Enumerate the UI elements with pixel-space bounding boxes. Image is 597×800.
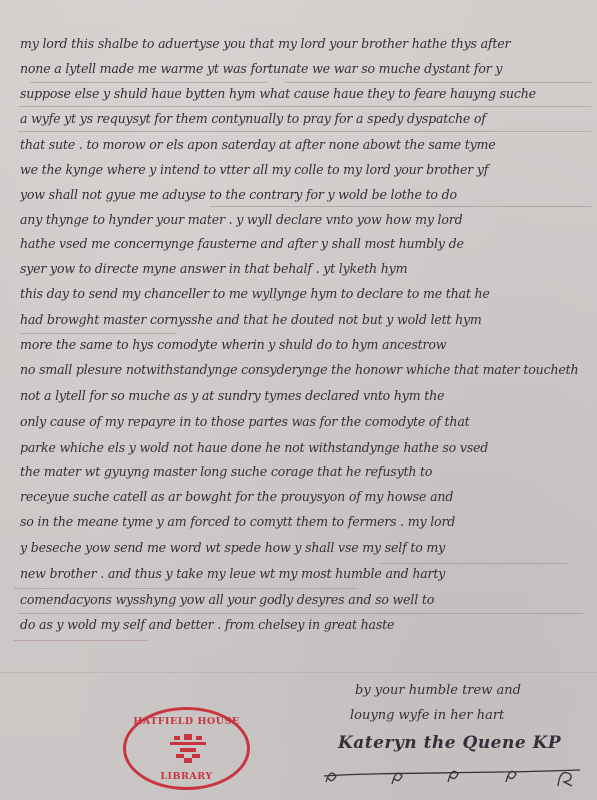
letter-line: do as y wold my self and better . from c… [20,617,587,632]
letter-line: none a lytell made me warme yt was fortu… [20,61,587,76]
letter-line: had browght master cornysshe and that he… [20,312,587,327]
manuscript-page: my lord this shalbe to aduertyse you tha… [0,0,597,800]
letter-line: that sute . to morow or els apon saterda… [20,137,587,152]
letter-line: any thynge to hynder your mater . y wyll… [20,212,587,227]
closing-line-2: louyng wyfe in her hart [350,708,504,723]
letter-line: y beseche yow send me word wt spede how … [20,540,587,555]
letter-line: the mater wt gyuyng master long suche co… [20,464,587,479]
ruled-line [210,206,591,207]
letter-line: so in the meane tyme y am forced to comy… [20,514,587,529]
ruled-line [30,82,267,83]
letter-line: comendacyons wysshyng yow all your godly… [20,592,587,607]
ruled-line [18,131,591,132]
letter-line: we the kynge where y intend to vtter all… [20,162,587,177]
ruled-line [14,640,147,641]
ruled-line [0,672,597,673]
letter-line: receyue suche catell as ar bowght for th… [20,489,587,504]
ruled-line [18,106,591,107]
letter-line: suppose else y shuld haue bytten hym wha… [20,86,587,101]
crest-icon [164,732,212,766]
ruled-line [18,613,583,614]
signature: Kateryn the Quene KP [338,733,561,753]
signature-flourish-icon [322,762,584,788]
letter-line: new brother . and thus y take my leue wt… [20,566,587,581]
letter-line: a wyfe yt ys requysyt for them contynual… [20,111,587,126]
closing-line-1: by your humble trew and [355,683,521,698]
ruled-line [380,563,567,564]
stamp-bottom-text: LIBRARY [126,771,247,782]
letter-line: parke whiche els y wold not haue done he… [20,440,587,455]
letter-line: only cause of my repayre in to those par… [20,414,587,429]
letter-line: more the same to hys comodyte wherin y s… [20,337,587,352]
ruled-line [285,82,591,83]
ruled-line [20,333,177,334]
letter-line: this day to send my chanceller to me wyl… [20,286,587,301]
letter-line: yow shall not gyue me aduyse to the cont… [20,187,587,202]
letter-line: not a lytell for so muche as y at sundry… [20,388,587,403]
stamp-top-text: HATFIELD HOUSE [126,716,247,727]
ruled-line [14,588,357,589]
library-stamp: HATFIELD HOUSE LIBRARY [123,707,250,790]
letter-line: hathe vsed me concernynge fausterne and … [20,236,587,251]
letter-line: my lord this shalbe to aduertyse you tha… [20,36,587,51]
letter-line: no small plesure notwithstandynge consyd… [20,362,587,377]
letter-line: syer yow to directe myne answer in that … [20,261,587,276]
